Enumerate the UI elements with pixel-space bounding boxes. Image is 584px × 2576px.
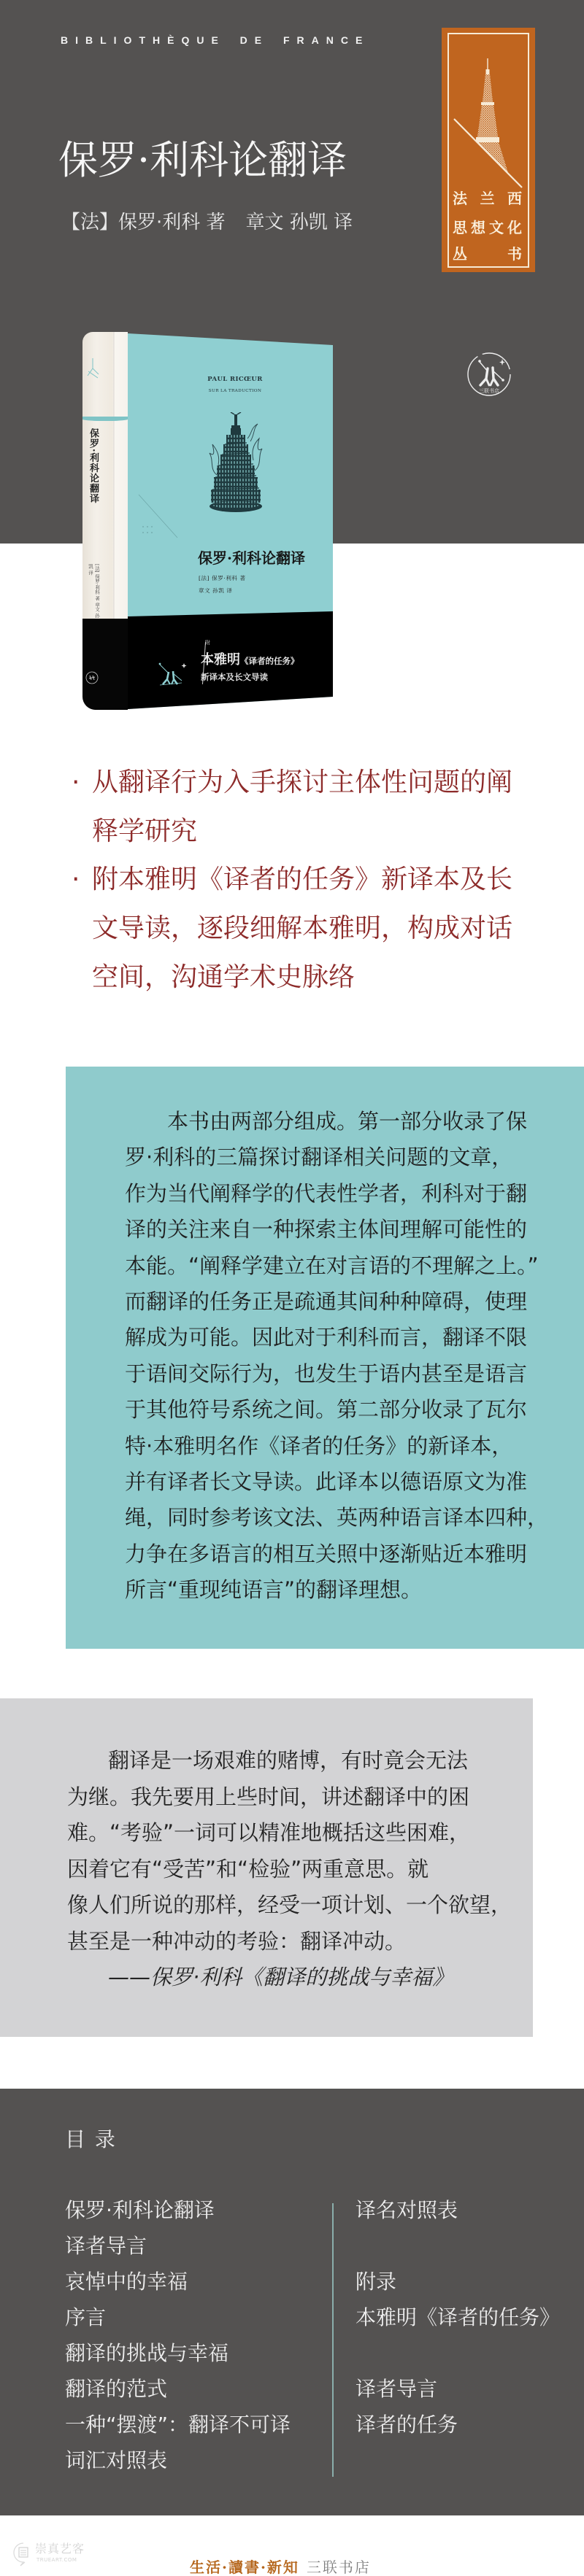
toc-item: 译者导言 bbox=[65, 2228, 291, 2264]
spine-stripe bbox=[82, 417, 128, 421]
watermark-icon bbox=[13, 2542, 34, 2567]
intro-line: 本能。“阐释学建立在对言语的不理解之上。” bbox=[125, 1248, 548, 1284]
spine-series-icon bbox=[85, 358, 101, 379]
badge-char: 兰 bbox=[480, 190, 495, 207]
sanlian-logo-icon: 三联书店 bbox=[460, 345, 518, 403]
highlight-line: 附本雅明《译者的任务》新译本及长 bbox=[92, 856, 512, 905]
highlight-line: 从翻译行为入手探讨主体性问题的阐 bbox=[92, 759, 512, 808]
publisher-footer: 生活·讀書·新知三联书店 bbox=[190, 2558, 371, 2576]
table-of-contents: 目 录 保罗·利科论翻译 译者导言 哀悼中的幸福 序言 翻译的挑战与幸福 翻译的… bbox=[0, 2089, 584, 2515]
book-promo-page: BIBLIOTHÈQUE DE FRANCE 保罗·利科论翻译 【法】保罗·利科… bbox=[0, 0, 584, 2576]
band-work: 《译者的任务》 bbox=[240, 656, 299, 666]
toc-item: 译者的任务 bbox=[356, 2407, 560, 2442]
watermark-cn: 崇真艺客 bbox=[35, 2542, 85, 2556]
spine-credits: [法] 保罗·利科 著 章文 孙凯 译 bbox=[87, 564, 100, 619]
toc-item bbox=[356, 2228, 560, 2264]
book-front-cover: PAUL RICŒUR SUR LA TRADUCTION bbox=[128, 333, 333, 709]
toc-item: 词汇对照表 bbox=[65, 2442, 291, 2478]
band-name: 本雅明 bbox=[201, 652, 240, 668]
intro-line: 作为当代阐释学的代表性学者，利科对于翻 bbox=[125, 1176, 548, 1212]
badge-char: 法 bbox=[453, 190, 467, 207]
band-note: 新译本及长文导读 bbox=[201, 672, 268, 682]
intro-line: 而翻译的任务正是疏通其间种种障碍，使理 bbox=[125, 1284, 548, 1320]
intro-paragraph: 本书由两部分组成。第一部分收录了保 罗·利科的三篇探讨翻译相关问题的文章， 作为… bbox=[125, 1104, 548, 1609]
badge-row-3: 丛 书 bbox=[453, 245, 522, 263]
toc-item: 哀悼中的幸福 bbox=[65, 2264, 291, 2300]
watermark: 崇真艺客 TRUEART.COM bbox=[13, 2540, 101, 2569]
highlight-line: 文导读，逐段细解本雅明，构成对话 bbox=[92, 905, 512, 954]
intro-line: 特·本雅明名作《译者的任务》的新译本， bbox=[125, 1428, 548, 1464]
badge-row-2: 思 想 文 化 bbox=[453, 219, 522, 236]
quote-line: 为继。我先要用上些时间，讲述翻译中的困 bbox=[67, 1779, 512, 1816]
tower-of-babel-illustration bbox=[207, 412, 265, 514]
intro-line: 绳，同时参考该文法、英两种语言译本四种， bbox=[125, 1500, 548, 1536]
badge-row-1: 法 兰 西 bbox=[453, 190, 522, 207]
cover-translators-cn: 章文 孙凯 译 bbox=[199, 587, 232, 595]
badge-char: 文 bbox=[489, 219, 504, 236]
publisher-name: 三联书店 bbox=[307, 2558, 371, 2576]
highlight-line: 释学研究 bbox=[92, 808, 512, 856]
page-title: 保罗·利科论翻译 bbox=[58, 137, 347, 184]
intro-box: 本书由两部分组成。第一部分收录了保 罗·利科的三篇探讨翻译相关问题的文章， 作为… bbox=[66, 1067, 584, 1649]
badge-char: 化 bbox=[507, 219, 522, 236]
spine-title: 保罗·利科论翻译 bbox=[88, 428, 98, 504]
toc-item: 译者导言 bbox=[356, 2371, 560, 2407]
toc-left-column: 保罗·利科论翻译 译者导言 哀悼中的幸福 序言 翻译的挑战与幸福 翻译的范式 一… bbox=[65, 2192, 291, 2478]
book-spine: 保罗·利科论翻译 [法] 保罗·利科 著 章文 孙凯 译 bbox=[82, 332, 128, 710]
intro-line: 解成为可能。因此对于利科而言，翻译不限 bbox=[125, 1320, 548, 1355]
toc-item: 翻译的范式 bbox=[65, 2371, 291, 2407]
series-name-en: BIBLIOTHÈQUE DE FRANCE bbox=[61, 33, 369, 47]
intro-line: 于其他符号系统之间。第二部分收录了瓦尔 bbox=[125, 1392, 548, 1428]
toc-right-column: 译名对照表 附录 本雅明《译者的任务》 译者导言 译者的任务 bbox=[356, 2192, 560, 2478]
cover-author-cn: [法] 保罗·利科 著 bbox=[199, 575, 246, 582]
cover-black-band: 附 本雅明《译者的任务》 新译本及长文导读 bbox=[128, 611, 333, 709]
series-badge: 法 兰 西 思 想 文 化 丛 书 bbox=[442, 28, 535, 272]
cover-title-fr: SUR LA TRADUCTION bbox=[128, 388, 342, 394]
bullet-marker: · bbox=[70, 759, 92, 856]
toc-item: 保罗·利科论翻译 bbox=[65, 2192, 291, 2228]
cover-author-en: PAUL RICŒUR bbox=[128, 375, 342, 384]
toc-item bbox=[356, 2442, 560, 2478]
quote-attribution: ——保罗·利科《翻译的挑战与幸福》 bbox=[67, 1960, 512, 1996]
watermark-en: TRUEART.COM bbox=[36, 2557, 77, 2564]
highlight-item: · 从翻译行为入手探讨主体性问题的阐 释学研究 bbox=[70, 759, 581, 856]
badge-char: 丛 bbox=[453, 245, 467, 263]
bullet-marker: · bbox=[70, 856, 92, 1002]
spine-bottom-band bbox=[82, 619, 128, 710]
intro-line: 力争在多语言的相互关照中逐渐贴近本雅明 bbox=[125, 1536, 548, 1572]
quote-line: 甚至是一种冲动的考验：翻译冲动。 bbox=[67, 1924, 512, 1960]
highlights-list: · 从翻译行为入手探讨主体性问题的阐 释学研究 · 附本雅明《译者的任务》新译本… bbox=[70, 759, 581, 1002]
intro-line: 并有译者长文导读。此译本以德语原文为准 bbox=[125, 1464, 548, 1500]
badge-char: 思 bbox=[453, 219, 467, 236]
author-credit: 【法】保罗·利科 著 bbox=[61, 212, 226, 233]
toc-item: 本雅明《译者的任务》 bbox=[356, 2300, 560, 2335]
quote-line: 难。“考验”一词可以精准地概括这些困难， bbox=[67, 1815, 512, 1852]
toc-item: 译名对照表 bbox=[356, 2192, 560, 2228]
publisher-motto: 生活·讀書·新知 bbox=[190, 2558, 299, 2576]
toc-item: 附录 bbox=[356, 2264, 560, 2300]
cover-decorative-line bbox=[138, 494, 182, 539]
highlight-line: 空间，沟通学术史脉络 bbox=[92, 954, 512, 1002]
badge-char: 西 bbox=[507, 190, 522, 207]
toc-item: 一种“摆渡”：翻译不可译 bbox=[65, 2407, 291, 2442]
quote-line: 翻译是一场艰难的赌博，有时竟会无法 bbox=[67, 1743, 512, 1779]
badge-char: 书 bbox=[507, 245, 522, 263]
band-figures-icon bbox=[157, 660, 191, 686]
quote-line: 因着它有“受苦”和“检验”两重意思。就 bbox=[67, 1852, 512, 1888]
band-prefix: 附 bbox=[205, 640, 210, 646]
toc-heading: 目 录 bbox=[65, 2127, 117, 2152]
logo-text: 三联书店 bbox=[479, 387, 499, 394]
intro-line: 于语间交际行为，也发生于语内甚至是语言 bbox=[125, 1356, 548, 1392]
band-headline: 本雅明《译者的任务》 bbox=[201, 651, 299, 669]
intro-line: 所言“重现纯语言”的翻译理想。 bbox=[125, 1572, 548, 1608]
intro-line: 本书由两部分组成。第一部分收录了保 bbox=[125, 1104, 548, 1140]
credits-line: 【法】保罗·利科 著章文 孙凯 译 bbox=[61, 211, 353, 234]
intro-line: 罗·利科的三篇探讨翻译相关问题的文章， bbox=[125, 1140, 548, 1175]
cover-title-cn: 保罗·利科论翻译 bbox=[198, 549, 305, 568]
badge-char: 想 bbox=[471, 219, 485, 236]
translator-credit: 章文 孙凯 译 bbox=[246, 212, 353, 233]
quote-paragraph: 翻译是一场艰难的赌博，有时竟会无法 为继。我先要用上些时间，讲述翻译中的困 难。… bbox=[67, 1743, 512, 1996]
quote-line: 像人们所说的那样，经受一项计划、一个欲望， bbox=[67, 1887, 512, 1924]
toc-item bbox=[356, 2335, 560, 2371]
highlight-item: · 附本雅明《译者的任务》新译本及长 文导读，逐段细解本雅明，构成对话 空间，沟… bbox=[70, 856, 581, 1002]
spine-logo-icon bbox=[85, 670, 99, 686]
toc-item: 序言 bbox=[65, 2300, 291, 2335]
quote-box: 翻译是一场艰难的赌博，有时竟会无法 为继。我先要用上些时间，讲述翻译中的困 难。… bbox=[0, 1698, 533, 2037]
toc-item: 翻译的挑战与幸福 bbox=[65, 2335, 291, 2371]
intro-line: 译的关注来自一种探索主体间理解可能性的 bbox=[125, 1212, 548, 1248]
toc-divider bbox=[332, 2203, 334, 2477]
